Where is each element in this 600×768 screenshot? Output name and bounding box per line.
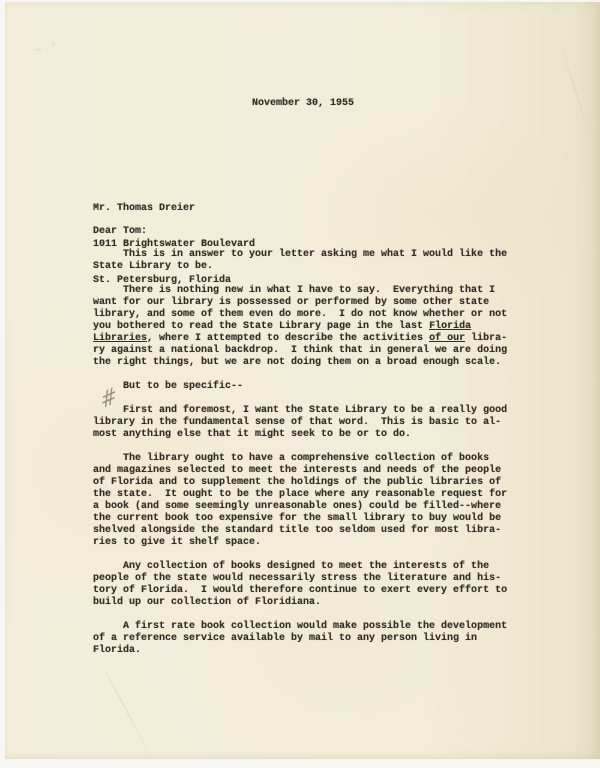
text-line: First and foremost, I want the State Lib… [93,405,507,417]
letter-date: November 30, 1955 [252,98,354,110]
text-line: the current book too expensive for the s… [93,513,507,525]
text-line: This is in answer to your letter asking … [93,249,507,261]
underlined-text: Libraries [93,333,147,344]
text-line: Any collection of books designed to meet… [93,561,507,573]
text-line: you bothered to read the State Library p… [93,321,507,333]
underlined-text: Florida [429,321,471,332]
paragraph: This is in answer to your letter asking … [93,249,507,273]
crease-mark-bottom-left [96,654,158,768]
text-line: A first rate book collection would make … [93,621,507,633]
text-line: There is nothing new in what I have to s… [93,285,507,297]
text-line: ry against a national backdrop. I think … [93,345,507,357]
text-line: most anything else that it might seek to… [93,429,507,441]
text-line: shelved alongside the standard title too… [93,525,507,537]
text-line: people of the state would necessarily st… [93,573,507,585]
text-line: But to be specific-- [93,381,507,393]
text-line: Libraries, where I attempted to describe… [93,333,507,345]
text-line: Florida. [93,645,507,657]
text-line: the state. It ought to be the place wher… [93,489,507,501]
text-line: a book (and some seemingly unreasonable … [93,501,507,513]
paragraph: The library ought to have a comprehensiv… [93,453,507,549]
pencil-scribble-mark: 〜ᵕ˚ [32,40,60,57]
paragraph: Any collection of books designed to meet… [93,561,507,609]
letter-body: This is in answer to your letter asking … [93,249,507,669]
text-line: tory of Florida. I would therefore conti… [93,585,507,597]
text-line: ries to give it shelf space. [93,537,507,549]
text-line: the right things, but we are not doing t… [93,357,507,369]
paragraph: A first rate book collection would make … [93,621,507,657]
text-line: library in the fundamental sense of that… [93,417,507,429]
paragraph: First and foremost, I want the State Lib… [93,405,507,441]
paragraph: But to be specific-- [93,381,507,393]
text-line: build up our collection of Floridiana. [93,597,507,609]
text-line: and magazines selected to meet the inter… [93,465,507,477]
paragraph: There is nothing new in what I have to s… [93,285,507,369]
text-line: State Library to be. [93,261,507,273]
crease-mark-top-right [556,32,591,137]
recipient-name: Mr. Thomas Dreier [93,203,255,215]
letter-page: 〜ᵕ˚ November 30, 1955 Mr. Thomas Dreier … [5,2,600,759]
text-line: want for our library is possessed or per… [93,297,507,309]
salutation: Dear Tom: [93,226,147,238]
text-line: library, and some of them even do more. … [93,309,507,321]
underlined-text: of our [429,333,465,344]
text-line: The library ought to have a comprehensiv… [93,453,507,465]
text-line: of Florida and to supplement the holding… [93,477,507,489]
text-line: of a reference service available by mail… [93,633,507,645]
